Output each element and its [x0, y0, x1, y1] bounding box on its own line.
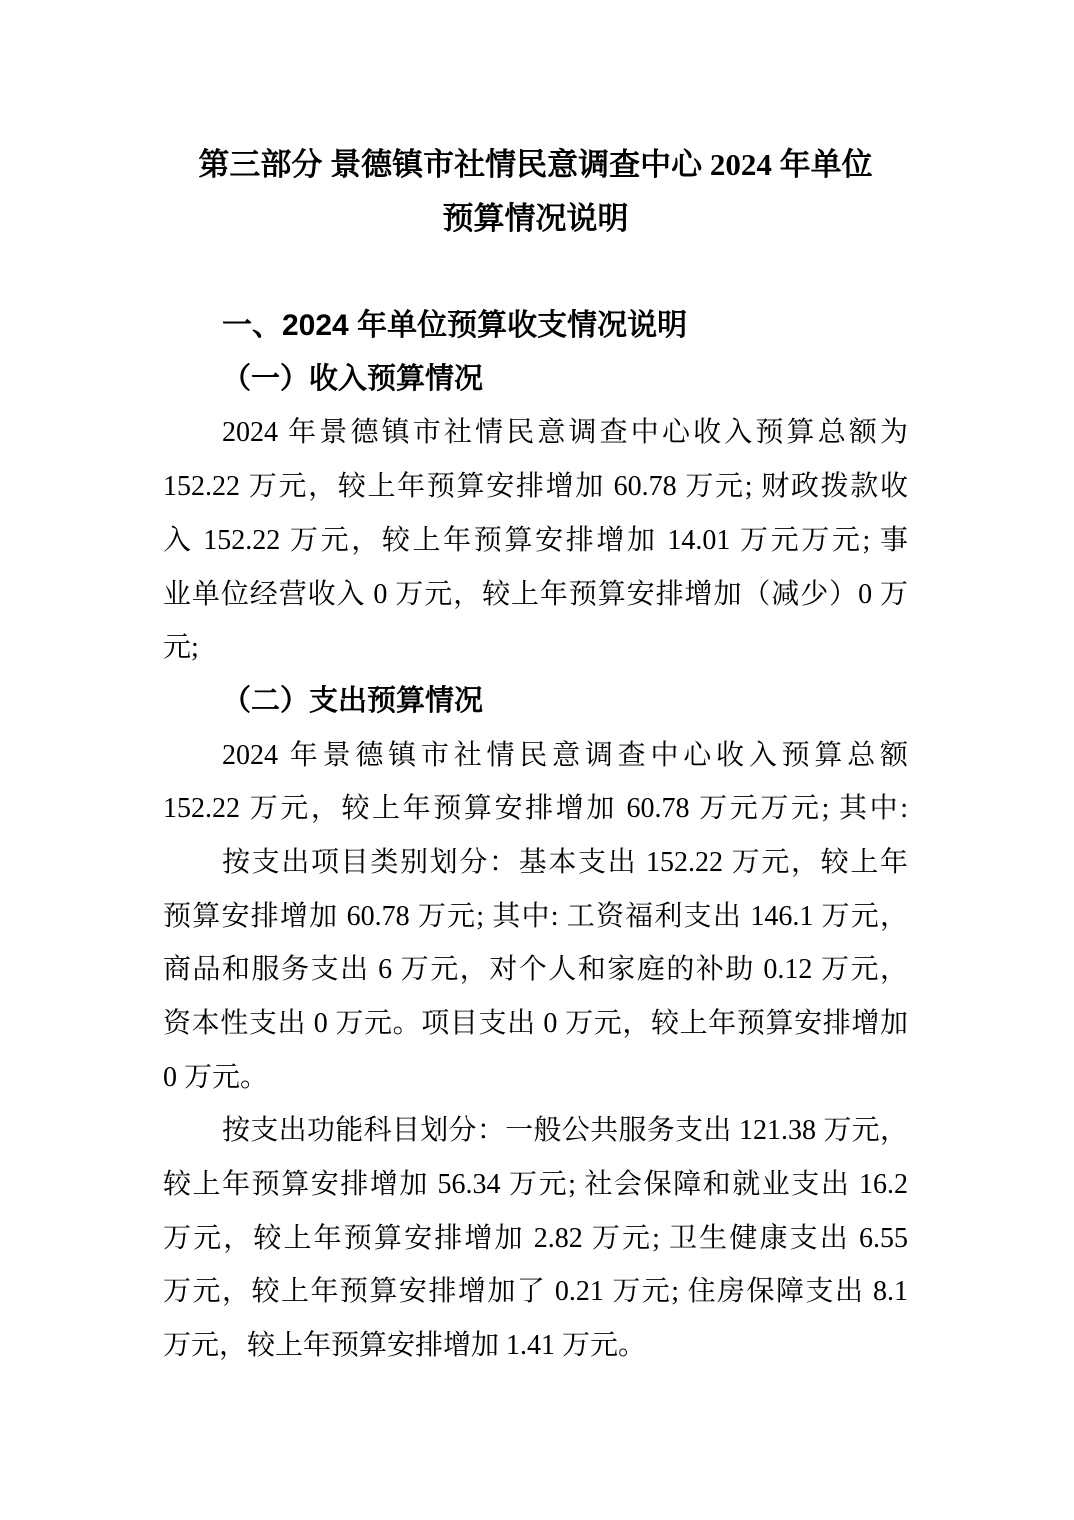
paragraph-line: 万元，较上年预算安排增加 2.82 万元; 卫生健康支出 6.55: [163, 1212, 908, 1266]
subheading-income: （一）收入预算情况: [163, 353, 908, 407]
document-content: 第三部分 景德镇市社情民意调查中心 2024 年单位 预算情况说明 一、2024…: [163, 138, 908, 1373]
document-title-line-2: 预算情况说明: [163, 192, 908, 246]
paragraph-line: 资本性支出 0 万元。项目支出 0 万元，较上年预算安排增加: [163, 997, 908, 1051]
paragraph-line: 元;: [163, 621, 908, 675]
document-title-line-1: 第三部分 景德镇市社情民意调查中心 2024 年单位: [163, 138, 908, 192]
document-page: 第三部分 景德镇市社情民意调查中心 2024 年单位 预算情况说明 一、2024…: [0, 0, 1074, 1520]
paragraph-line: 152.22 万元，较上年预算安排增加 60.78 万元; 财政拨款收: [163, 460, 908, 514]
paragraph-line: 2024 年景德镇市社情民意调查中心收入预算总额: [163, 729, 908, 783]
paragraph-line: 按支出功能科目划分：一般公共服务支出 121.38 万元，: [163, 1104, 908, 1158]
subheading-expense: （二）支出预算情况: [163, 675, 908, 729]
paragraph-line: 按支出项目类别划分：基本支出 152.22 万元，较上年: [163, 836, 908, 890]
blank-line: [163, 245, 908, 299]
paragraph-line: 万元，较上年预算安排增加 1.41 万元。: [163, 1319, 908, 1373]
paragraph-line: 预算安排增加 60.78 万元; 其中: 工资福利支出 146.1 万元，: [163, 890, 908, 944]
paragraph-line: 152.22 万元，较上年预算安排增加 60.78 万元万元; 其中:: [163, 782, 908, 836]
paragraph-line: 较上年预算安排增加 56.34 万元; 社会保障和就业支出 16.2: [163, 1158, 908, 1212]
section-heading: 一、2024 年单位预算收支情况说明: [163, 299, 908, 353]
paragraph-line: 0 万元。: [163, 1051, 908, 1105]
paragraph-line: 商品和服务支出 6 万元，对个人和家庭的补助 0.12 万元，: [163, 943, 908, 997]
paragraph-line: 入 152.22 万元，较上年预算安排增加 14.01 万元万元; 事: [163, 514, 908, 568]
paragraph-line: 万元，较上年预算安排增加了 0.21 万元; 住房保障支出 8.1: [163, 1265, 908, 1319]
paragraph-line: 2024 年景德镇市社情民意调查中心收入预算总额为: [163, 406, 908, 460]
paragraph-line: 业单位经营收入 0 万元，较上年预算安排增加（减少）0 万: [163, 568, 908, 622]
